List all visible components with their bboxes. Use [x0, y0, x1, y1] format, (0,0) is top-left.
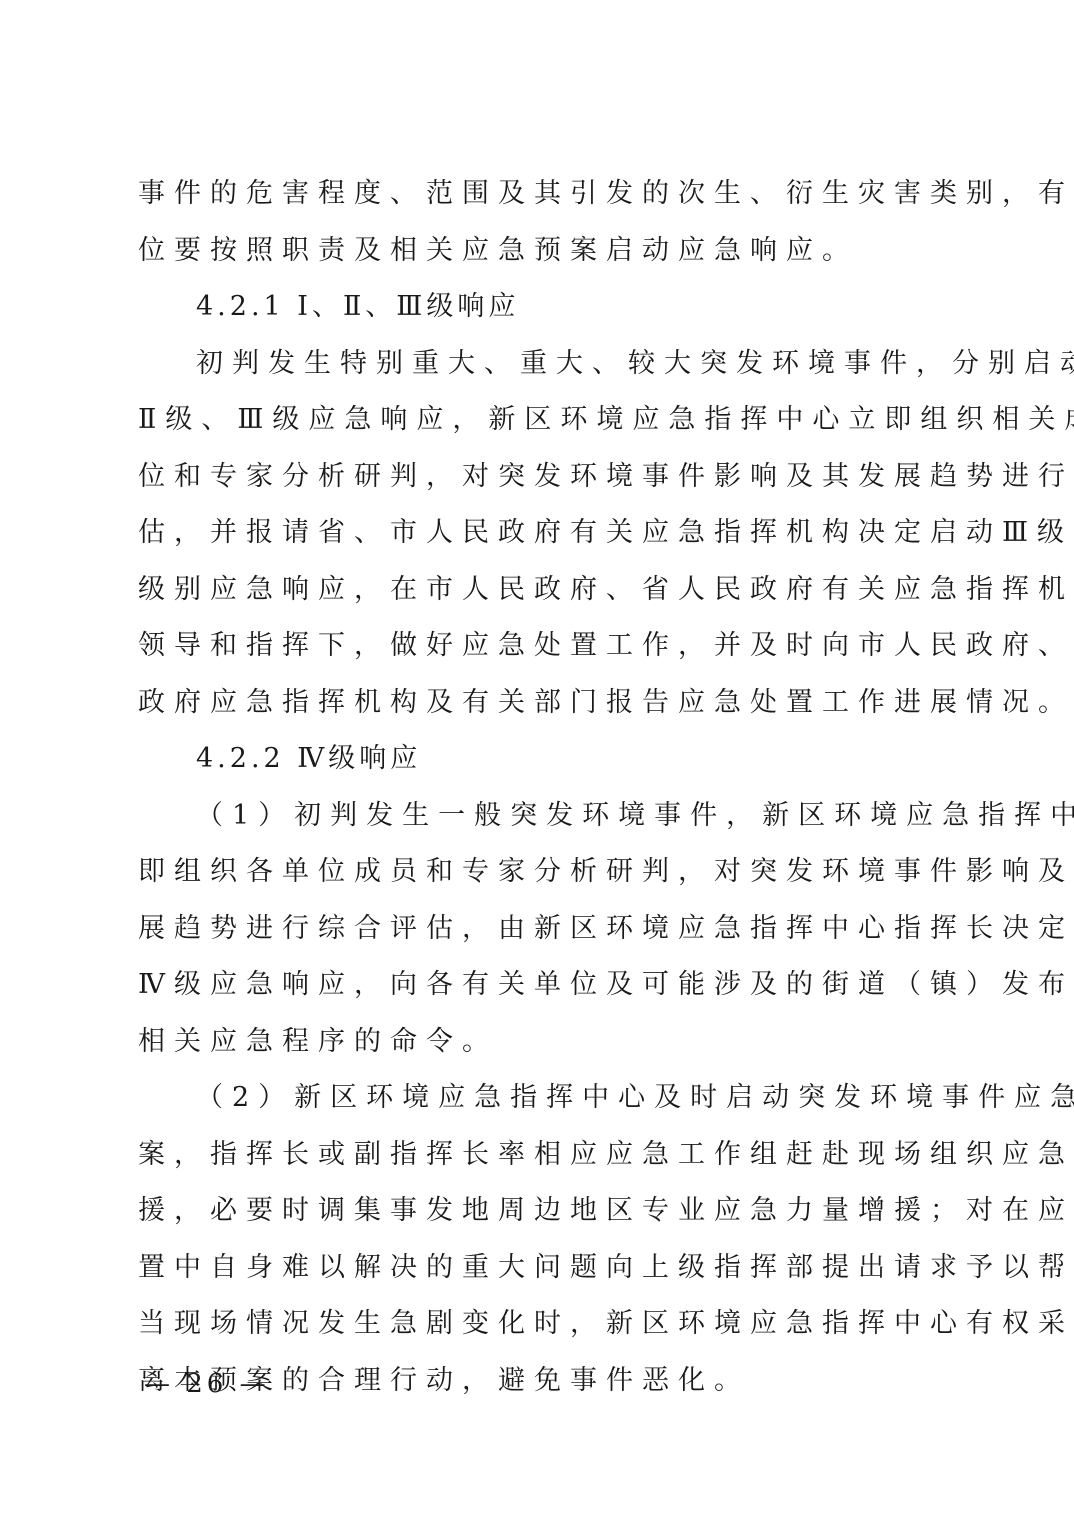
paragraph-line: 级别应急响应，在市人民政府、省人民政府有关应急指挥机构统一: [138, 562, 940, 619]
paragraph-line: 案，指挥长或副指挥长率相应应急工作组赶赴现场组织应急救: [138, 1127, 940, 1184]
paragraph-line: （2）新区环境应急指挥中心及时启动突发环境事件应急预: [138, 1070, 940, 1127]
paragraph-line: 位和专家分析研判，对突发环境事件影响及其发展趋势进行综合评: [138, 449, 940, 506]
section-heading-4-2-1: 4.2.1 Ⅰ、Ⅱ、Ⅲ级响应: [138, 279, 940, 336]
paragraph-line: 领导和指挥下，做好应急处置工作，并及时向市人民政府、省人民: [138, 618, 940, 675]
paragraph-line: 政府应急指挥机构及有关部门报告应急处置工作进展情况。: [138, 675, 940, 732]
paragraph-line: 估，并报请省、市人民政府有关应急指挥机构决定启动Ⅲ级或更高: [138, 505, 940, 562]
page-number: — 26 —: [144, 1364, 270, 1404]
paragraph-line: 相关应急程序的命令。: [138, 1014, 940, 1071]
document-page: 事件的危害程度、范围及其引发的次生、衍生灾害类别，有关单 位要按照职责及相关应急…: [138, 166, 940, 1409]
paragraph-line: 即组织各单位成员和专家分析研判，对突发环境事件影响及其发: [138, 844, 940, 901]
section-heading-4-2-2: 4.2.2 Ⅳ级响应: [138, 731, 940, 788]
paragraph-line: Ⅱ级、Ⅲ级应急响应，新区环境应急指挥中心立即组织相关成员单: [138, 392, 940, 449]
paragraph-line: 置中自身难以解决的重大问题向上级指挥部提出请求予以帮助；: [138, 1240, 940, 1297]
paragraph-line: 援，必要时调集事发地周边地区专业应急力量增援；对在应急处: [138, 1183, 940, 1240]
paragraph-line: 当现场情况发生急剧变化时，新区环境应急指挥中心有权采取背: [138, 1296, 940, 1353]
paragraph-line: 位要按照职责及相关应急预案启动应急响应。: [138, 223, 940, 280]
paragraph-line: 事件的危害程度、范围及其引发的次生、衍生灾害类别，有关单: [138, 166, 940, 223]
paragraph-line: 展趋势进行综合评估，由新区环境应急指挥中心指挥长决定启动: [138, 901, 940, 958]
paragraph-line: （1）初判发生一般突发环境事件，新区环境应急指挥中心立: [138, 788, 940, 845]
paragraph-line: Ⅳ级应急响应，向各有关单位及可能涉及的街道（镇）发布启动: [138, 957, 940, 1014]
paragraph-line: 初判发生特别重大、重大、较大突发环境事件，分别启动Ⅰ级、: [138, 336, 940, 393]
